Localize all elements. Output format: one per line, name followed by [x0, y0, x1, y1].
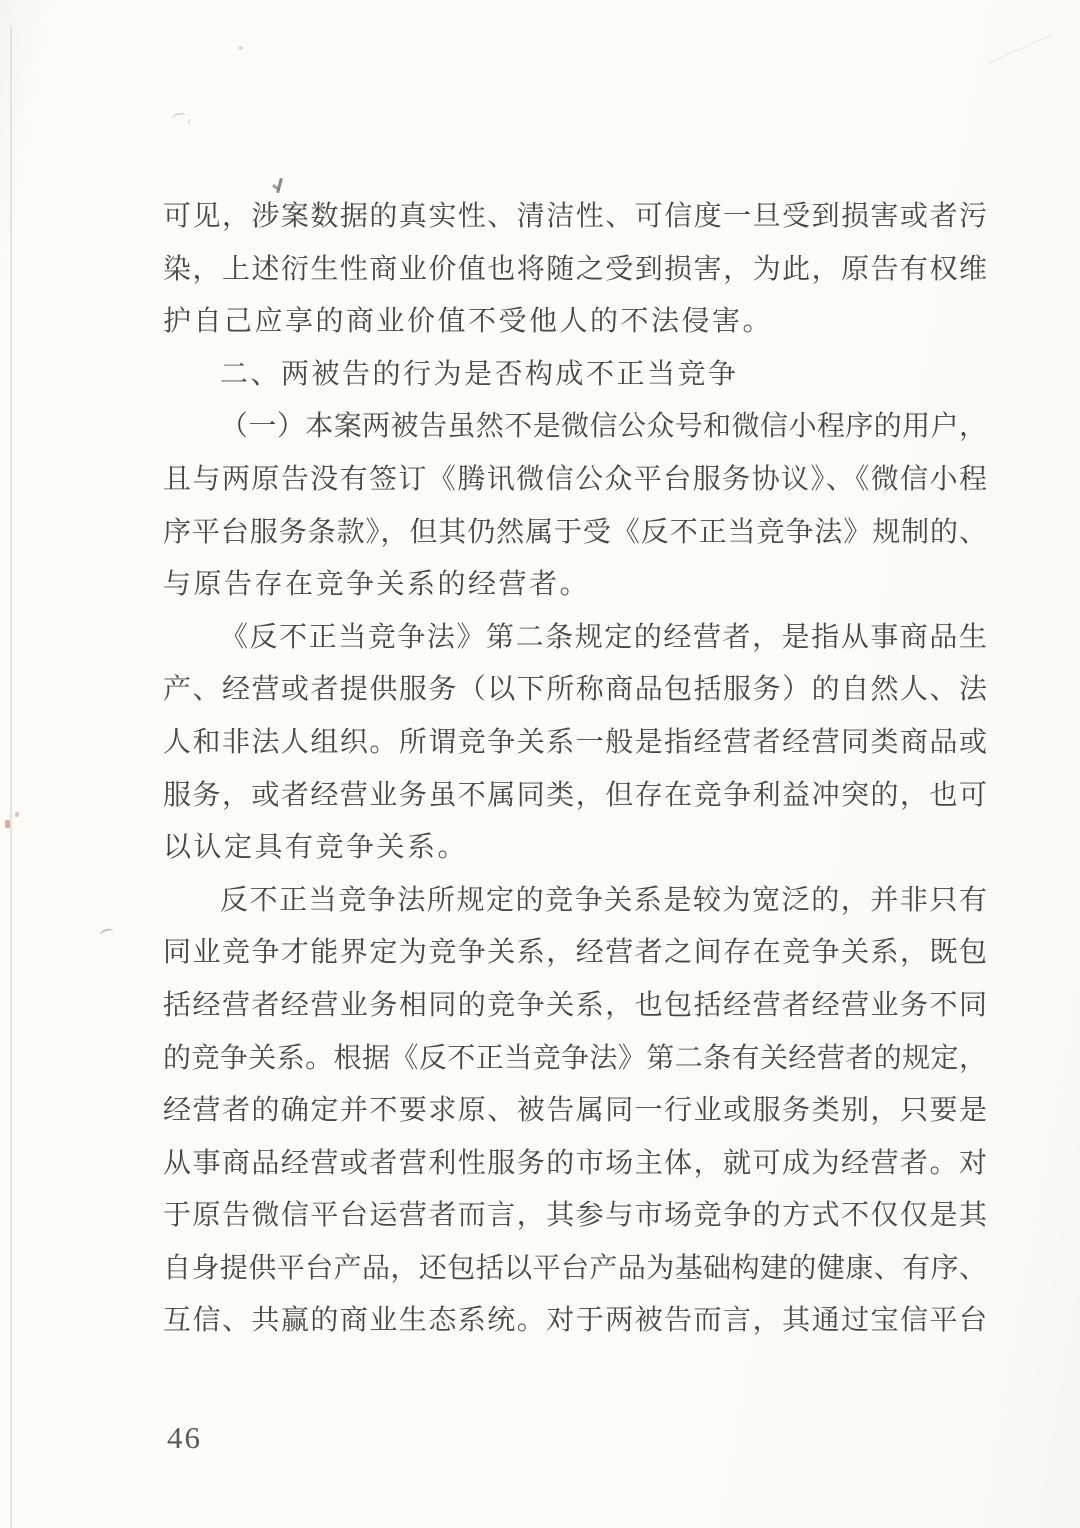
text-line: 经营者的确定并不要求原、被告属同一行业或服务类别，只要是 — [163, 1085, 987, 1138]
text-line: 产、经营或者提供服务（以下所称商品包括服务）的自然人、法 — [163, 664, 987, 717]
text-line: 且与两原告没有签订《腾讯微信公众平台服务协议》、《微信小程 — [163, 454, 987, 507]
text-line: 染，上述衍生性商业价值也将随之受到损害，为此，原告有权维 — [163, 244, 987, 297]
scan-crease — [988, 34, 1053, 64]
scan-paper-edge — [10, 26, 12, 1528]
text-line: 自身提供平台产品，还包括以平台产品为基础构建的健康、有序、 — [163, 1243, 987, 1296]
scan-speck-red — [15, 812, 19, 817]
page-number: 46 — [167, 1420, 202, 1456]
text-line: 序平台服务条款》，但其仍然属于受《反不正当竞争法》规制的、 — [163, 507, 987, 560]
text-line: 于原告微信平台运营者而言，其参与市场竞争的方式不仅仅是其 — [163, 1190, 987, 1243]
text-line: 服务，或者经营业务虽不属同类，但存在竞争利益冲突的，也可 — [163, 770, 987, 823]
text-line: （一）本案两被告虽然不是微信公众号和微信小程序的用户， — [163, 401, 987, 454]
text-line: 的竞争关系。根据《反不正当竞争法》第二条有关经营者的规定， — [163, 1033, 987, 1086]
text-line: 从事商品经营或者营利性服务的市场主体，就可成为经营者。对 — [163, 1138, 987, 1191]
text-line: 以认定具有竞争关系。 — [163, 822, 987, 875]
text-line: 人和非法人组织。所谓竞争关系一般是指经营者经营同类商品或 — [163, 717, 987, 770]
scan-speck — [238, 46, 243, 50]
text-line: 护自己应享的商业价值不受他人的不法侵害。 — [163, 296, 987, 349]
text-line: 可见，涉案数据的真实性、清洁性、可信度一旦受到损害或者污 — [163, 191, 987, 244]
text-line: 括经营者经营业务相同的竞争关系，也包括经营者经营业务不同 — [163, 980, 987, 1033]
text-line: 《反不正当竞争法》第二条规定的经营者，是指从事商品生 — [163, 612, 987, 665]
text-line: 与原告存在竞争关系的经营者。 — [163, 559, 987, 612]
scanned-document-page: { "page": { "number": "46" }, "colors": … — [0, 0, 1080, 1528]
scan-speck — [171, 112, 186, 123]
text-block: 可见，涉案数据的真实性、清洁性、可信度一旦受到损害或者污染，上述衍生性商业价值也… — [163, 191, 987, 1348]
text-line: 同业竞争才能界定为竞争关系，经营者之间存在竞争关系，既包 — [163, 927, 987, 980]
text-line: 互信、共赢的商业生态系统。对于两被告而言，其通过宝信平台 — [163, 1295, 987, 1348]
text-line: 二、两被告的行为是否构成不正当竞争 — [163, 349, 987, 402]
scan-speck — [99, 927, 115, 940]
scan-speck — [187, 119, 196, 126]
text-line: 反不正当竞争法所规定的竞争关系是较为宽泛的，并非只有 — [163, 875, 987, 928]
